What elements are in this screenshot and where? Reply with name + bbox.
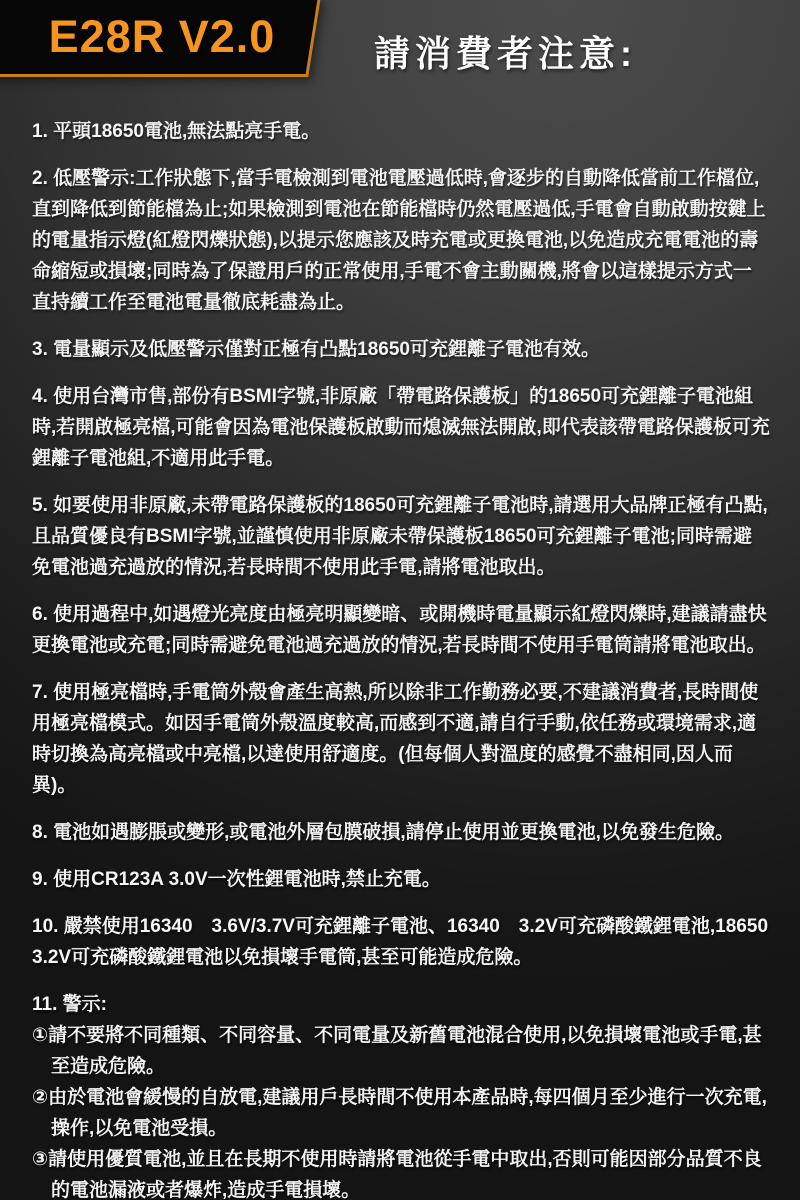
notice-item: 10. 嚴禁使用16340 3.6V/3.7V可充鋰離子電池、16340 3.2…: [32, 911, 770, 973]
header: E28R V2.0 請消費者注意:: [0, 0, 800, 76]
notice-item: 11. 警示:: [32, 989, 770, 1020]
notice-item: 5. 如要使用非原廠,未帶電路保護板的18650可充鋰離子電池時,請選用大品牌正…: [32, 490, 770, 583]
notice-item: ③請使用優質電池,並且在長期不使用時請將電池從手電中取出,否則可能因部分品質不良…: [32, 1144, 770, 1200]
notice-item: 2. 低壓警示:工作狀態下,當手電檢測到電池電壓過低時,會逐步的自動降低當前工作…: [32, 163, 770, 318]
notice-list: 1. 平頭18650電池,無法點亮手電。2. 低壓警示:工作狀態下,當手電檢測到…: [0, 76, 800, 1200]
notice-item: 8. 電池如遇膨脹或變形,或電池外層包膜破損,請停止使用並更換電池,以免發生危險…: [32, 817, 770, 848]
page-title: 請消費者注意:: [374, 26, 637, 77]
model-title: E28R V2.0: [0, 0, 318, 74]
notice-item: 9. 使用CR123A 3.0V一次性鋰電池時,禁止充電。: [32, 864, 770, 895]
notice-item: ②由於電池會緩慢的自放電,建議用戶長時間不使用本產品時,每四個月至少進行一次充電…: [32, 1082, 770, 1144]
notice-item: 3. 電量顯示及低壓警示僅對正極有凸點18650可充鋰離子電池有效。: [32, 334, 770, 365]
notice-item: 6. 使用過程中,如遇燈光亮度由極亮明顯變暗、或開機時電量顯示紅燈閃爍時,建議請…: [32, 599, 770, 661]
notice-item: 4. 使用台灣市售,部份有BSMI字號,非原廠「帶電路保護板」的18650可充鋰…: [32, 381, 770, 474]
notice-item: 7. 使用極亮檔時,手電筒外殼會產生高熱,所以除非工作勤務必要,不建議消費者,長…: [32, 677, 770, 801]
notice-page: { "header": { "model": "E28R V2.0", "tit…: [0, 0, 800, 1200]
notice-item: ①請不要將不同種類、不同容量、不同電量及新舊電池混合使用,以免損壞電池或手電,甚…: [32, 1020, 770, 1082]
notice-item: 1. 平頭18650電池,無法點亮手電。: [32, 116, 770, 147]
